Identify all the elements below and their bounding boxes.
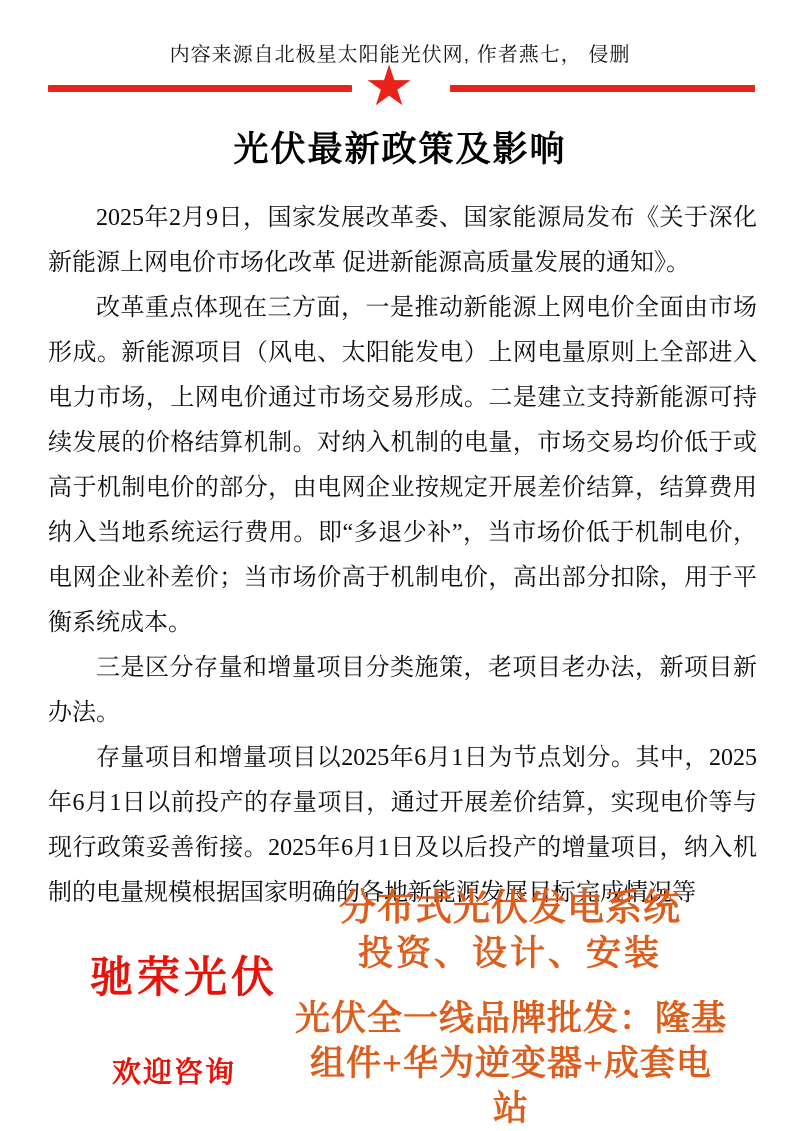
star-icon: ★	[364, 58, 414, 116]
title-divider: ★	[0, 68, 800, 116]
ad-wholesale-block: 光伏全一线品牌批发：隆基组件+华为逆变器+成套电站	[295, 996, 727, 1131]
article-page: 内容来源自北极星太阳能光伏网, 作者燕七， 侵删 ★ 光伏最新政策及影响 202…	[0, 0, 800, 1131]
divider-line-right	[450, 85, 755, 92]
page-title: 光伏最新政策及影响	[0, 122, 800, 172]
paragraph-3: 三是区分存量和增量项目分类施策，老项目老办法，新项目新办法。	[48, 646, 757, 736]
ad-line-distributed-pv: 分布式光伏发电系统	[290, 886, 730, 932]
paragraph-2: 改革重点体现在三方面，一是推动新能源上网电价全面由市场形成。新能源项目（风电、太…	[48, 286, 757, 646]
welcome-text: 欢迎咨询	[112, 1050, 236, 1091]
paragraph-1: 2025年2月9日，国家发展改革委、国家能源局发布《关于深化新能源上网电价市场化…	[48, 196, 757, 286]
article-body: 2025年2月9日，国家发展改革委、国家能源局发布《关于深化新能源上网电价市场化…	[48, 196, 757, 916]
brand-name: 驰荣光伏	[90, 944, 278, 1005]
ad-distributed-pv-block: 分布式光伏发电系统 投资、设计、安装	[290, 886, 730, 976]
ad-line-invest-design-install: 投资、设计、安装	[290, 932, 730, 976]
divider-line-left	[48, 85, 352, 92]
